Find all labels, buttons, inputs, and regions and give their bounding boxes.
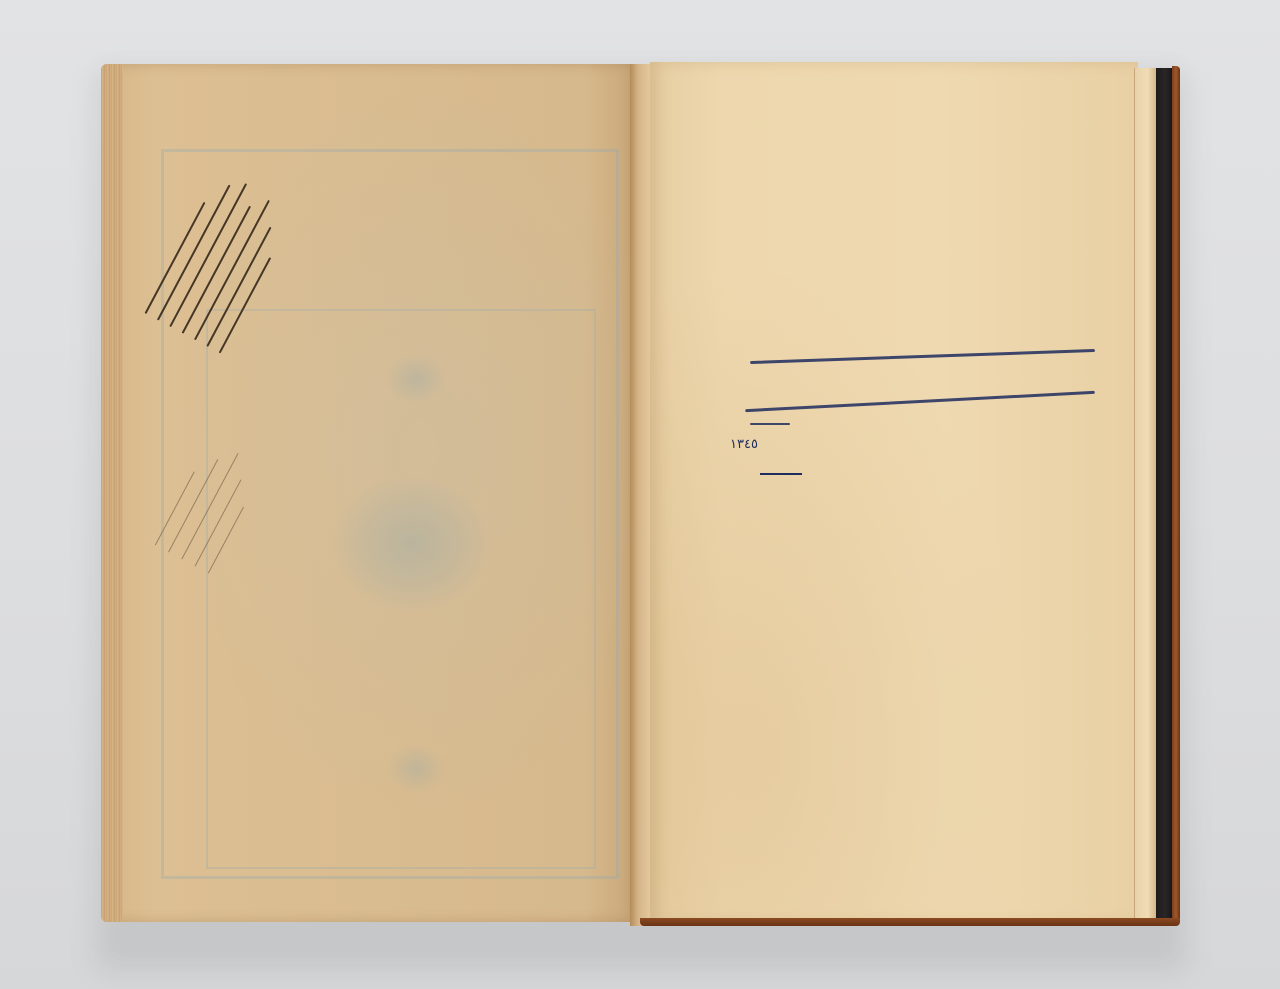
left-page [101, 64, 638, 922]
cover-edge [1172, 66, 1180, 922]
cover-bottom-edge [640, 918, 1180, 926]
fore-edge [101, 64, 123, 922]
inscription-date: ١٣٤٥ [730, 437, 758, 452]
lower-medallion [386, 744, 446, 794]
gutter [630, 64, 650, 926]
page-stack [1134, 68, 1156, 918]
signature-underline [760, 473, 802, 475]
handwritten-inscription [715, 315, 1135, 505]
